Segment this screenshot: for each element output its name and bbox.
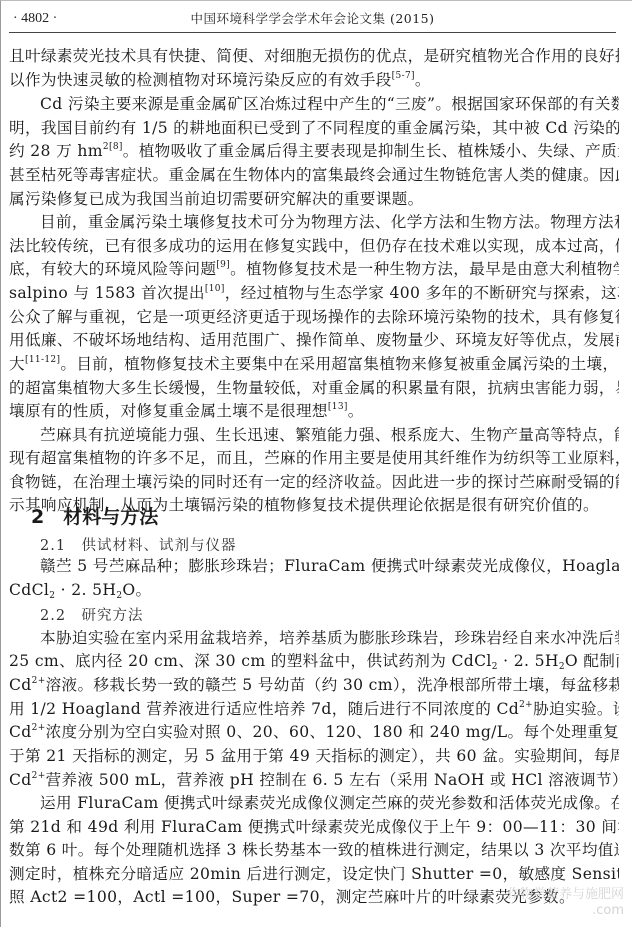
running-head: · 4802 · 中国环境科学学会学术年会论文集 (2015) [9,10,616,28]
text-line: 目前，重金属污染土壤修复技术可分为物理方法、化学方法和生物方法。物理方法和化学方 [40,212,619,232]
text-line: 数第 6 叶。每个处理随机选择 3 株长势基本一致的植株进行测定，结果以 3 次… [9,840,619,860]
text-line: CdCl2 · 2. 5H2O。 [9,580,619,600]
text-line: 25 cm、底内径 20 cm、深 30 cm 的塑料盆中，供试药剂为 CdCl… [9,651,619,671]
text-line: 底，有较大的环境风险等问题[9]。植物修复技术是一种生物方法，最早是由意大利植物… [9,259,619,279]
text-line: 且叶绿素荧光技术具有快捷、简便、对细胞无损伤的优点，是研究植物光合作用的良好探针… [9,46,619,66]
text-line: 现有超富集植物的许多不足，而且，苎麻的作用主要是使用其纤维作为纺织等工业原料，不… [9,448,619,468]
text-line: 赣苎 5 号苎麻品种；膨胀珍珠岩；FluraCam 便携式叶绿素荧光成像仪，Ho… [40,556,619,576]
text-line: 食物链，在治理土壤污染的同时还有一定的经济收益。因此进一步的探讨苎麻耐受镉的能力… [9,472,619,492]
text-line: 以作为快速灵敏的检测植物对环境污染反应的有效手段[5-7]。 [9,70,619,90]
citation: [5-7] [392,71,415,81]
text-line: 本胁迫实验在室内采用盆栽培养，培养基质为膨胀珍珠岩，珍珠岩经自来水冲洗后装入口径 [40,628,619,648]
text-line: 大[11-12]。目前，植物修复技术主要集中在采用超富集植物来修复被重金属污染的… [9,354,619,374]
text-line: 苎麻具有抗逆境能力强、生长迅速、繁殖能力强、根系庞大、生物产量高等特点，能够弥补 [40,425,619,445]
text-line: 明，我国目前约有 1/5 的耕地面积已受到了不同程度的重金属污染，其中被 Cd … [9,118,619,138]
header-rule [9,32,616,33]
text-line: salpino 与 1583 首次提出[10]，经过植物与生态学家 400 多年… [9,283,619,303]
subsection-heading: 2.1 供试材料、试剂与仪器 [40,534,237,555]
section-heading: 2 材料与方法 [31,502,158,529]
citation: [10] [205,284,225,294]
text-line: 运用 FluraCam 便携式叶绿素荧光成像仪测定苎麻的荧光参数和活体荧光成像。… [40,793,619,813]
watermark: 作物学营养与施肥网 .com [507,887,624,919]
text-line: 法比较传统，已有很多成功的运用在修复实践中，但仍存在技术难以实现，成本过高，修复… [9,236,619,256]
subsection-heading: 2.2 研究方法 [40,604,144,625]
citation: 2[8] [103,142,123,152]
text-line: 公众了解与重视，它是一项更经济更适于现场操作的去除环境污染物的技术，具有修复彻底… [9,307,619,327]
text-line: 第 21d 和 49d 利用 FluraCam 便携式叶绿素荧光成像仪于上午 9… [9,817,619,837]
text-line: 用 1/2 Hoagland 营养液进行适应性培养 7d，随后进行不同浓度的 C… [9,699,619,719]
text-line: 约 28 万 hm2[8]。植物吸收了重金属后得主要表现是抑制生长、植株矮小、失… [9,141,619,161]
text-line: Cd2+溶液。移栽长势一致的赣苎 5 号幼苗（约 30 cm），洗净根部所带土壤… [9,675,619,695]
text-line: 甚至枯死等毒害症状。重金属在生物体内的富集最终会通过生物链危害人类的健康。因此，… [9,165,619,185]
text-line: 的超富集植物大多生长缓慢，生物量较低，对重金属的积累量有限，抗病虫害能力弱，易改… [9,378,619,398]
text-line: Cd 污染主要来源是重金属矿区冶炼过程中产生的“三废”。根据国家环保部的有关数据… [40,94,619,114]
text-line: 于第 21 天指标的测定，另 5 盆用于第 49 天指标的测定），共 60 盆。… [9,746,619,766]
paper-page: · 4802 · 中国环境科学学会学术年会论文集 (2015) 且叶绿素荧光技术… [0,0,632,927]
citation: [11-12] [25,355,60,365]
text-line: 壤原有的性质，对修复重金属土壤不是很理想[13]。 [9,401,619,421]
text-line: Cd2+营养液 500 mL，营养液 pH 控制在 6. 5 左右（采用 NaO… [9,770,619,790]
citation: [9] [216,260,230,270]
citation: [13] [328,402,348,412]
journal-title: 中国环境科学学会学术年会论文集 (2015) [9,10,616,28]
text-line: Cd2+浓度分别为空白实验对照 0、20、60、120、180 和 240 mg… [9,722,619,742]
text-line: 测定时，植株充分暗适应 20min 后进行测定，设定快门 Shutter =0，… [9,864,619,884]
text-line: 属污染修复已成为我国当前迫切需要研究解决的重要课题。 [9,189,619,209]
text-line: 用低廉、不破坏场地结构、适用范围广、操作简单、废物量少、环境友好等优点，发展前景… [9,330,619,350]
